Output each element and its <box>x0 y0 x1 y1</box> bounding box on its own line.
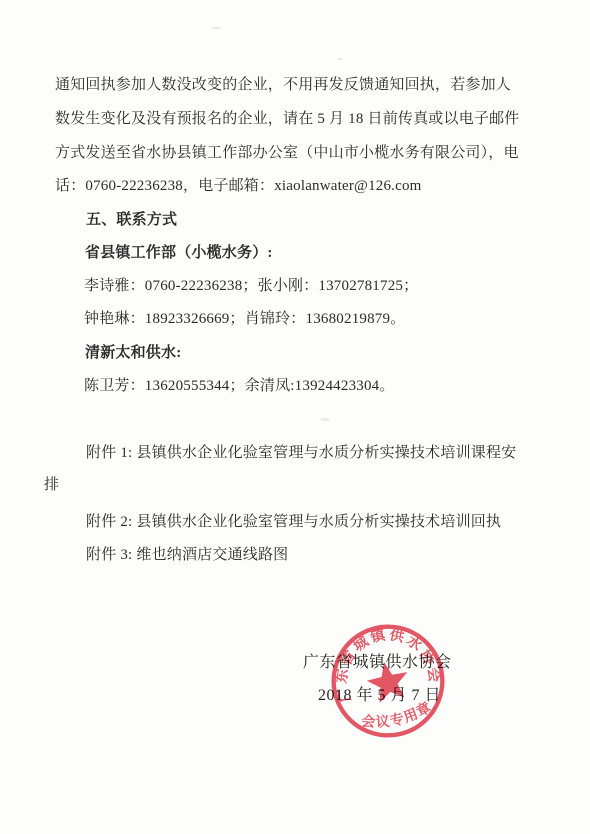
contact-line: 钟艳琳：18923326669；肖锦玲：13680219879。 <box>84 310 405 329</box>
attachment-item-2: 附件 2: 县镇供水企业化验室管理与水质分析实操技术培训回执 <box>86 513 501 532</box>
scan-artifact <box>337 58 343 60</box>
section-heading-contact: 五、联系方式 <box>86 211 177 230</box>
contact-group-title-dept: 省县镇工作部（小榄水务）: <box>85 244 273 263</box>
attachment-item-1: 附件 1: 县镇供水企业化验室管理与水质分析实操技术培训课程安 <box>86 444 516 463</box>
contact-line: 陈卫芳：13620555344；余清凤:13924423304。 <box>84 377 395 396</box>
contact-line: 李诗雅：0760-22236238；张小刚：13702781725； <box>84 277 418 296</box>
scanned-notice-page: 通知回执参加人数没改变的企业，不用再发反馈通知回执，若参加人 数发生变化及没有预… <box>0 0 590 834</box>
official-seal: 广东省城镇供水协会 会议专用章 <box>329 622 447 740</box>
paragraph-line: 话：0760-22236238，电子邮箱：xiaolanwater@126.co… <box>55 177 422 196</box>
scan-artifact <box>320 418 330 421</box>
attachment-item-3: 附件 3: 维也纳酒店交通线路图 <box>86 546 288 565</box>
attachment-item-1-wrap: 排 <box>44 476 59 495</box>
seal-group: 广东省城镇供水协会 会议专用章 <box>329 622 447 740</box>
paragraph-line: 通知回执参加人数没改变的企业，不用再发反馈通知回执，若参加人 <box>55 76 511 95</box>
contact-group-title-qingxin: 清新太和供水: <box>85 344 181 363</box>
paragraph-line: 数发生变化及没有预报名的企业，请在 5 月 18 日前传真或以电子邮件 <box>55 110 520 129</box>
seal-star-icon <box>364 657 413 704</box>
paragraph-line: 方式发送至省水协县镇工作部办公室（中山市小榄水务有限公司），电 <box>55 144 519 163</box>
seal-bottom-text: 会议专用章 <box>357 697 436 735</box>
scan-artifact <box>212 27 221 29</box>
